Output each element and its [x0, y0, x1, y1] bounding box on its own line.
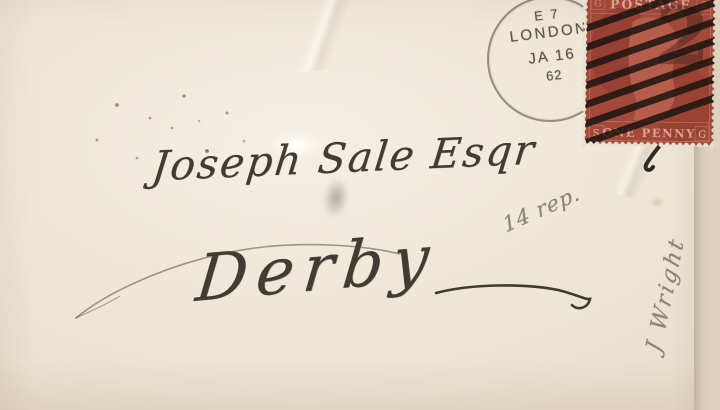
- pencil-note: 14 rep.: [500, 181, 583, 238]
- side-pencil-inscription: J Wright: [631, 183, 700, 407]
- postage-stamp: POSTAGE G S ONE PENNY S G 2: [581, 0, 719, 153]
- flourish-tail: [76, 296, 120, 318]
- trailing-dash-flourish: [436, 285, 590, 308]
- stamp-corner-letter-bottom-right: G: [698, 130, 706, 141]
- envelope-photo: E 7 LONDON JA 16 62 Joseph Sale Esqr Der…: [0, 0, 720, 410]
- ink-speckles: [0, 0, 2, 2]
- stamp-design: POSTAGE G S ONE PENNY S G 2: [581, 0, 719, 153]
- toning-spot: [648, 196, 666, 209]
- address-city: Derby: [193, 221, 442, 317]
- address-recipient: Joseph Sale Esqr: [149, 125, 538, 190]
- paper-crease: [227, 0, 413, 79]
- cancel-numeral: 2: [654, 0, 711, 84]
- stamp-corner-letter-top-left: G: [594, 0, 601, 9]
